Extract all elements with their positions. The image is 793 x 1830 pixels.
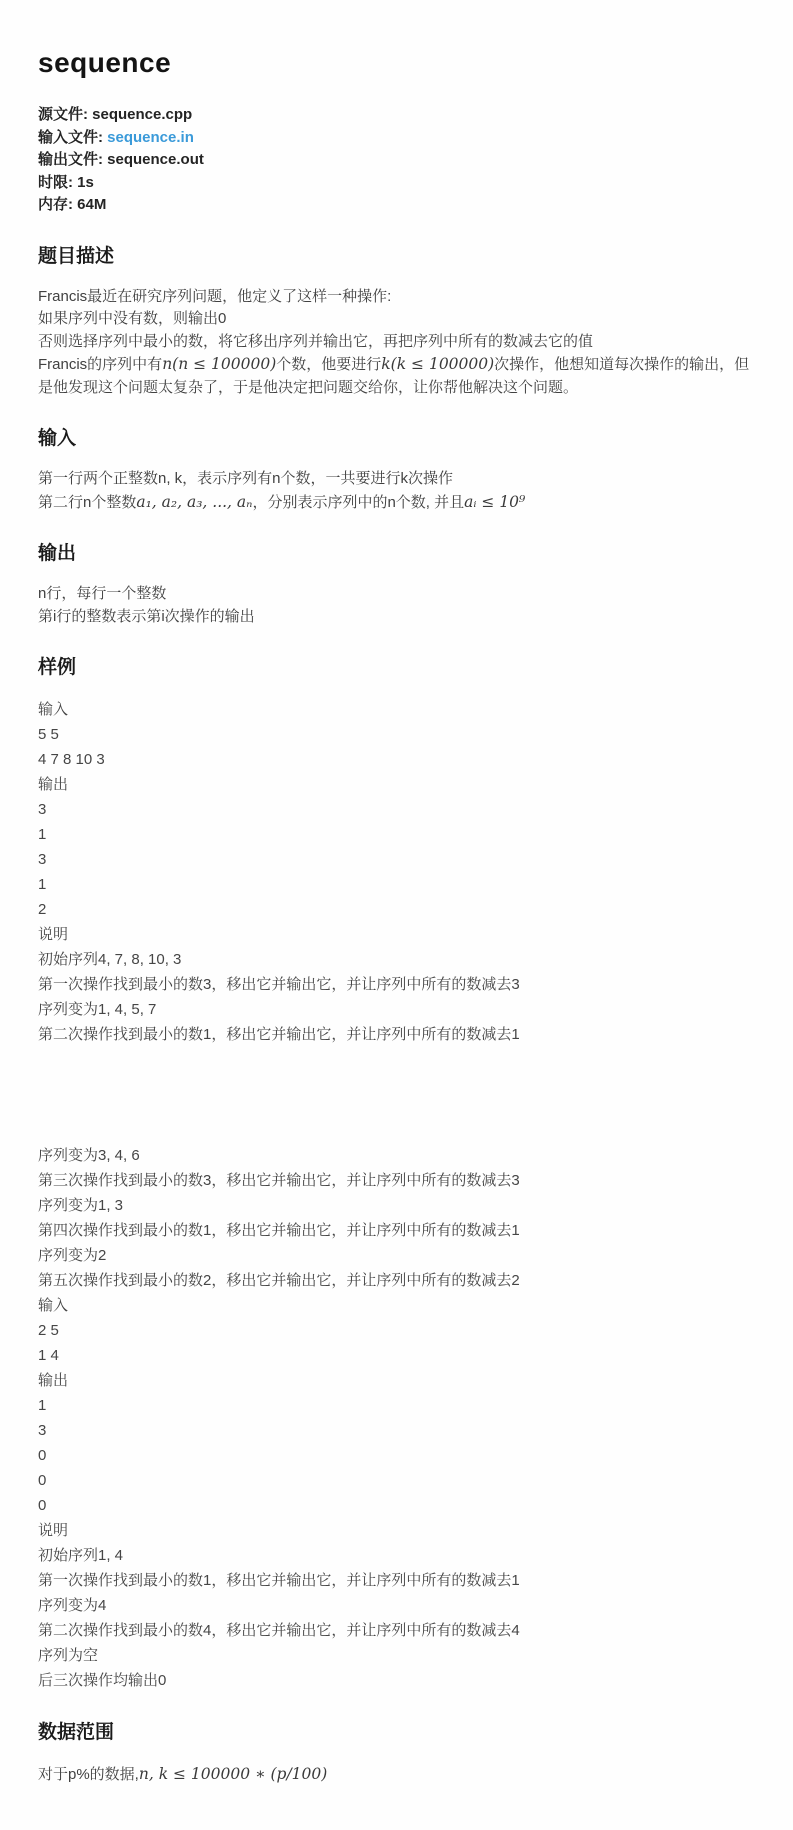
sample1-note-label: 说明 [38,922,751,947]
sample1-note-line: 第五次操作找到最小的数2，移出它并输出它，并让序列中所有的数减去2 [38,1268,751,1293]
sample1-note-line: 初始序列4, 7, 8, 10, 3 [38,947,751,972]
meta-output-label: 输出文件: [38,151,103,168]
meta-memory-limit: 内存: 64M [38,194,751,217]
range-body: 对于p%的数据,n, k ≤ 100000 ∗ (p/100) [38,1762,751,1787]
sample1-note-line: 第一次操作找到最小的数3，移出它并输出它，并让序列中所有的数减去3 [38,972,751,997]
sample-2: 输入 2 5 1 4 输出 1 3 0 0 0 说明 初始序列1, 4 第一次操… [38,1293,751,1693]
sample1-note-line: 第四次操作找到最小的数1，移出它并输出它，并让序列中所有的数减去1 [38,1218,751,1243]
meta-source-file: 源文件: sequence.cpp [38,104,751,127]
input-file-link[interactable]: sequence.in [107,129,194,146]
section-heading-samples: 样例 [38,656,751,680]
sample1-note-line: 序列变为1, 4, 5, 7 [38,997,751,1022]
meta-output-file: 输出文件: sequence.out [38,149,751,172]
input-body: 第一行两个正整数n, k，表示序列有n个数，一共要进行k次操作 第二行n个整数a… [38,468,751,514]
input-line: 第二行n个整数a₁, a₂, a₃, ..., aₙ，分别表示序列中的n个数, … [38,491,751,515]
range-line: 对于p%的数据,n, k ≤ 100000 ∗ (p/100) [38,1762,751,1787]
sample1-output-label: 输出 [38,772,751,797]
section-heading-description: 题目描述 [38,245,751,269]
description-line: 否则选择序列中最小的数，将它移出序列并输出它，再把序列中所有的数减去它的值 [38,331,751,354]
description-line: 如果序列中没有数，则输出0 [38,308,751,331]
meta-source-label: 源文件: [38,106,88,123]
sample1-note-line: 序列变为3, 4, 6 [38,1143,751,1168]
sample2-output-line: 1 [38,1393,751,1418]
section-heading-input: 输入 [38,427,751,451]
sample2-output-label: 输出 [38,1368,751,1393]
sample1-input-line: 5 5 [38,722,751,747]
data-range-section: 数据范围 对于p%的数据,n, k ≤ 100000 ∗ (p/100) [38,1721,751,1787]
sample2-note-line: 第一次操作找到最小的数1，移出它并输出它，并让序列中所有的数减去1 [38,1568,751,1593]
sample1-input-label: 输入 [38,697,751,722]
meta-time-label: 时限: [38,174,73,191]
sample1-note-line: 第二次操作找到最小的数1，移出它并输出它，并让序列中所有的数减去1 [38,1022,751,1047]
meta-source-value: sequence.cpp [92,106,192,123]
sample2-input-label: 输入 [38,1293,751,1318]
output-body: n行，每行一个整数 第i行的整数表示第i次操作的输出 [38,583,751,628]
page-break-gap [38,1047,751,1143]
output-line: n行，每行一个整数 [38,583,751,606]
sample1-input-line: 4 7 8 10 3 [38,747,751,772]
sample2-output-line: 3 [38,1418,751,1443]
sample2-output-line: 0 [38,1468,751,1493]
description-paragraph: Francis的序列中有n(n ≤ 100000)个数，他要进行k(k ≤ 10… [38,353,751,399]
sample2-output-line: 0 [38,1493,751,1518]
meta-memory-value: 64M [77,196,106,213]
sample2-note-line: 初始序列1, 4 [38,1543,751,1568]
meta-memory-label: 内存: [38,196,73,213]
meta-time-value: 1s [77,174,94,191]
sample2-input-line: 1 4 [38,1343,751,1368]
section-heading-range: 数据范围 [38,1721,751,1745]
meta-input-file: 输入文件: sequence.in [38,127,751,150]
meta-input-label: 输入文件: [38,129,103,146]
sample1-output-line: 3 [38,847,751,872]
description-line: Francis最近在研究序列问题，他定义了这样一种操作: [38,286,751,309]
description-body: Francis最近在研究序列问题，他定义了这样一种操作: 如果序列中没有数，则输… [38,286,751,400]
sample2-note-line: 第二次操作找到最小的数4，移出它并输出它，并让序列中所有的数减去4 [38,1618,751,1643]
sample2-note-line: 序列变为4 [38,1593,751,1618]
sample1-note-line: 序列变为2 [38,1243,751,1268]
sample1-output-line: 1 [38,822,751,847]
sample1-output-line: 3 [38,797,751,822]
sample2-input-line: 2 5 [38,1318,751,1343]
meta-time-limit: 时限: 1s [38,172,751,195]
file-meta-block: 源文件: sequence.cpp 输入文件: sequence.in 输出文件… [38,104,751,217]
sample1-note-line: 序列变为1, 3 [38,1193,751,1218]
sample1-output-line: 2 [38,897,751,922]
sample-1: 输入 5 5 4 7 8 10 3 输出 3 1 3 1 2 说明 初始序列4,… [38,697,751,1293]
problem-document: sequence 源文件: sequence.cpp 输入文件: sequenc… [0,0,793,1830]
sample2-note-label: 说明 [38,1518,751,1543]
sample2-note-line: 后三次操作均输出0 [38,1668,751,1693]
section-heading-output: 输出 [38,542,751,566]
meta-output-value: sequence.out [107,151,204,168]
sample2-output-line: 0 [38,1443,751,1468]
page-title: sequence [38,46,751,80]
sample1-output-line: 1 [38,872,751,897]
input-line: 第一行两个正整数n, k，表示序列有n个数，一共要进行k次操作 [38,468,751,491]
sample2-note-line: 序列为空 [38,1643,751,1668]
sample1-note-line: 第三次操作找到最小的数3，移出它并输出它，并让序列中所有的数减去3 [38,1168,751,1193]
output-line: 第i行的整数表示第i次操作的输出 [38,606,751,629]
